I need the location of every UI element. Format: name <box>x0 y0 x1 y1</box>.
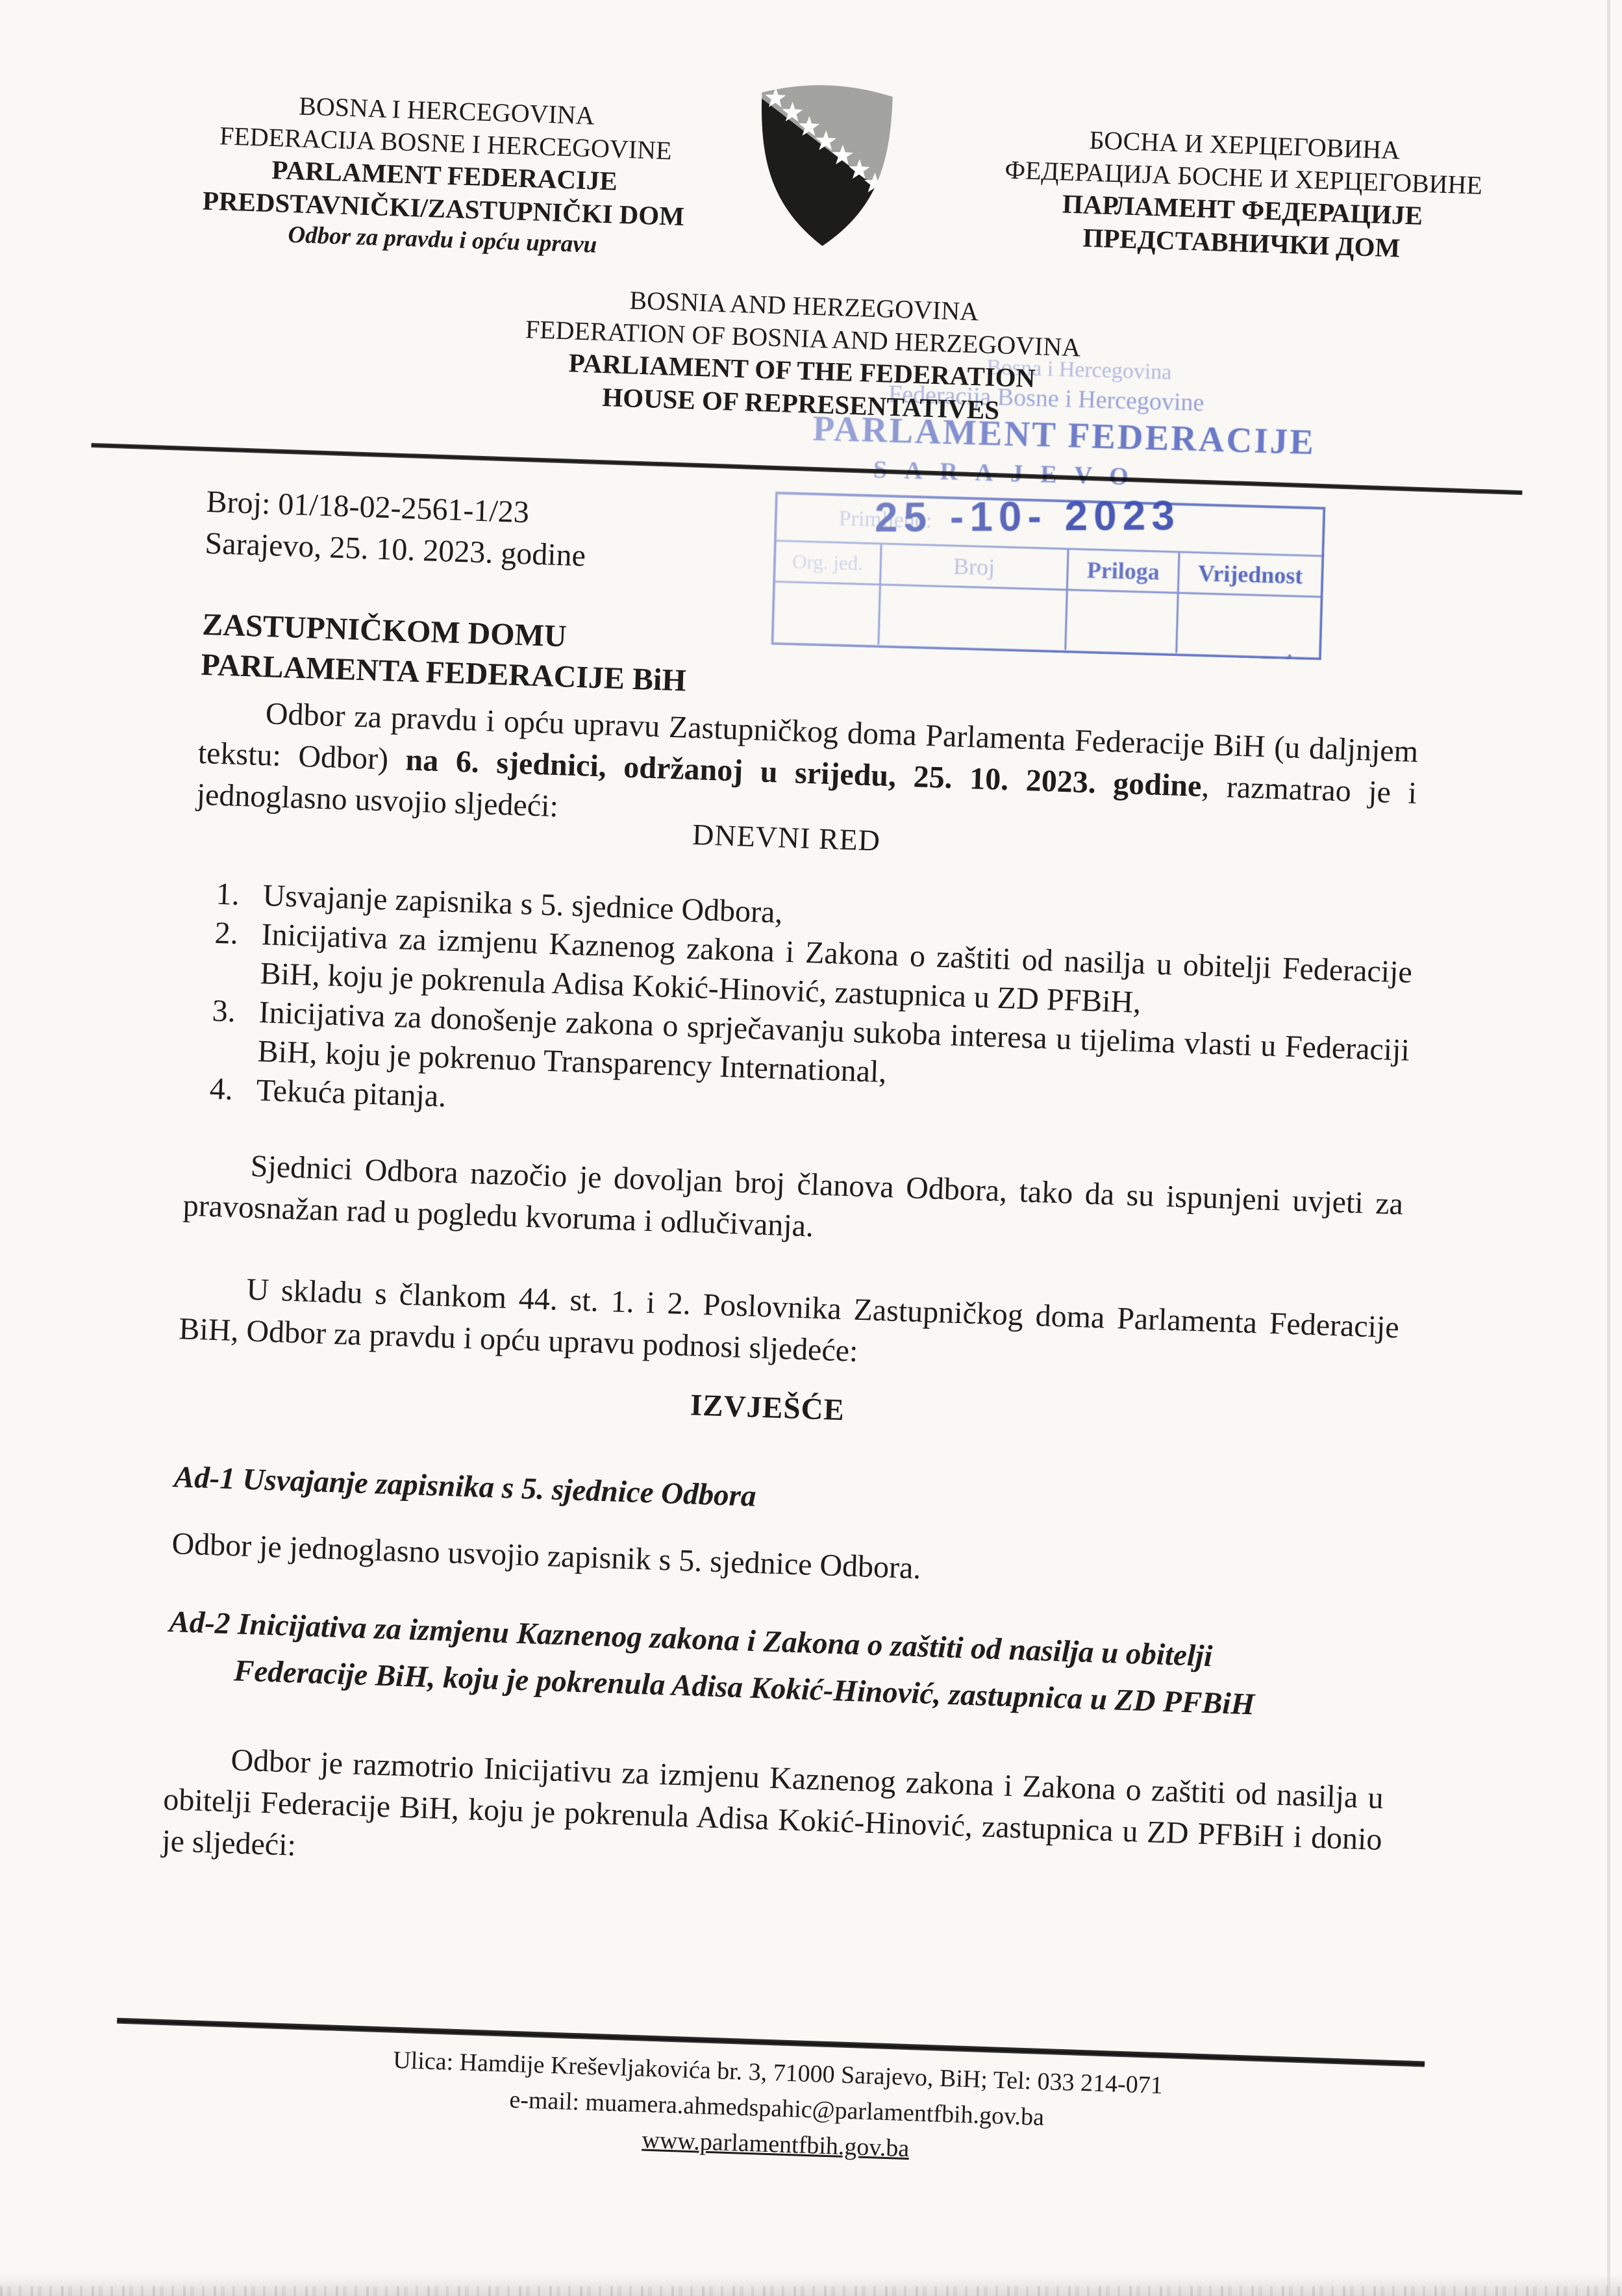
footer-block: Ulica: Hamdije Kreševljakovića br. 3, 71… <box>77 2032 1476 2186</box>
stamp-col-org-jed: Org. jed. <box>792 550 864 575</box>
stamp-received-date: 25 -10- 2023 <box>875 491 1180 541</box>
agenda-list: 1. Usvajanje zapisnika s 5. sjednice Odb… <box>209 875 1414 1148</box>
ad2-heading: Ad-2 Inicijativa za izmjenu Kaznenog zak… <box>167 1598 1353 1731</box>
ad2-body: Odbor je razmotrio Inicijativu za izmjen… <box>161 1737 1384 1902</box>
stamp-col-priloga: Priloga <box>1086 556 1160 585</box>
coat-of-arms-icon <box>734 77 916 255</box>
scan-bottom-noise <box>0 2286 1622 2296</box>
scanned-document-page: BOSNA I HERCEGOVINA FEDERACIJA BOSNE I H… <box>0 0 1622 2296</box>
stamp-receipt-table: 25 -10- 2023 Primljeno: Org. jed. Broj P… <box>771 492 1325 661</box>
scan-right-edge-line <box>1607 0 1610 2296</box>
agenda-item-number: 2. <box>214 914 262 954</box>
agenda-item-number: 3. <box>212 992 260 1032</box>
coat-of-arms-shield <box>734 77 916 255</box>
ad1-body: Odbor je jednoglasno usvojio zapisnik s … <box>171 1523 1391 1605</box>
agenda-item-number: 4. <box>209 1070 257 1110</box>
quorum-paragraph: Sjednici Odbora nazočio je dovoljan broj… <box>182 1143 1404 1267</box>
stamp-city-line: SARAJEVO <box>873 455 1327 496</box>
legal-basis-paragraph: U skladu s člankom 44. st. 1. i 2. Poslo… <box>178 1267 1399 1390</box>
ad1-heading: Ad-1 Usvajanje zapisnika s 5. sjednice O… <box>173 1454 1357 1539</box>
receipt-stamp: Bosna i Hercegovina Federacija Bosne i H… <box>771 349 1329 661</box>
agenda-item-number: 1. <box>216 875 264 915</box>
org-header-latin: BOSNA I HERCEGOVINA FEDERACIJA BOSNE I H… <box>118 84 772 266</box>
org-header-cyrillic: БОСНА И ХЕРЦЕГОВИНА ФЕДЕРАЦИЈА БОСНЕ И Х… <box>955 120 1530 269</box>
stamp-col-broj: Broj <box>953 553 995 581</box>
stamp-col-vrijednost: Vrijednost <box>1197 559 1303 589</box>
